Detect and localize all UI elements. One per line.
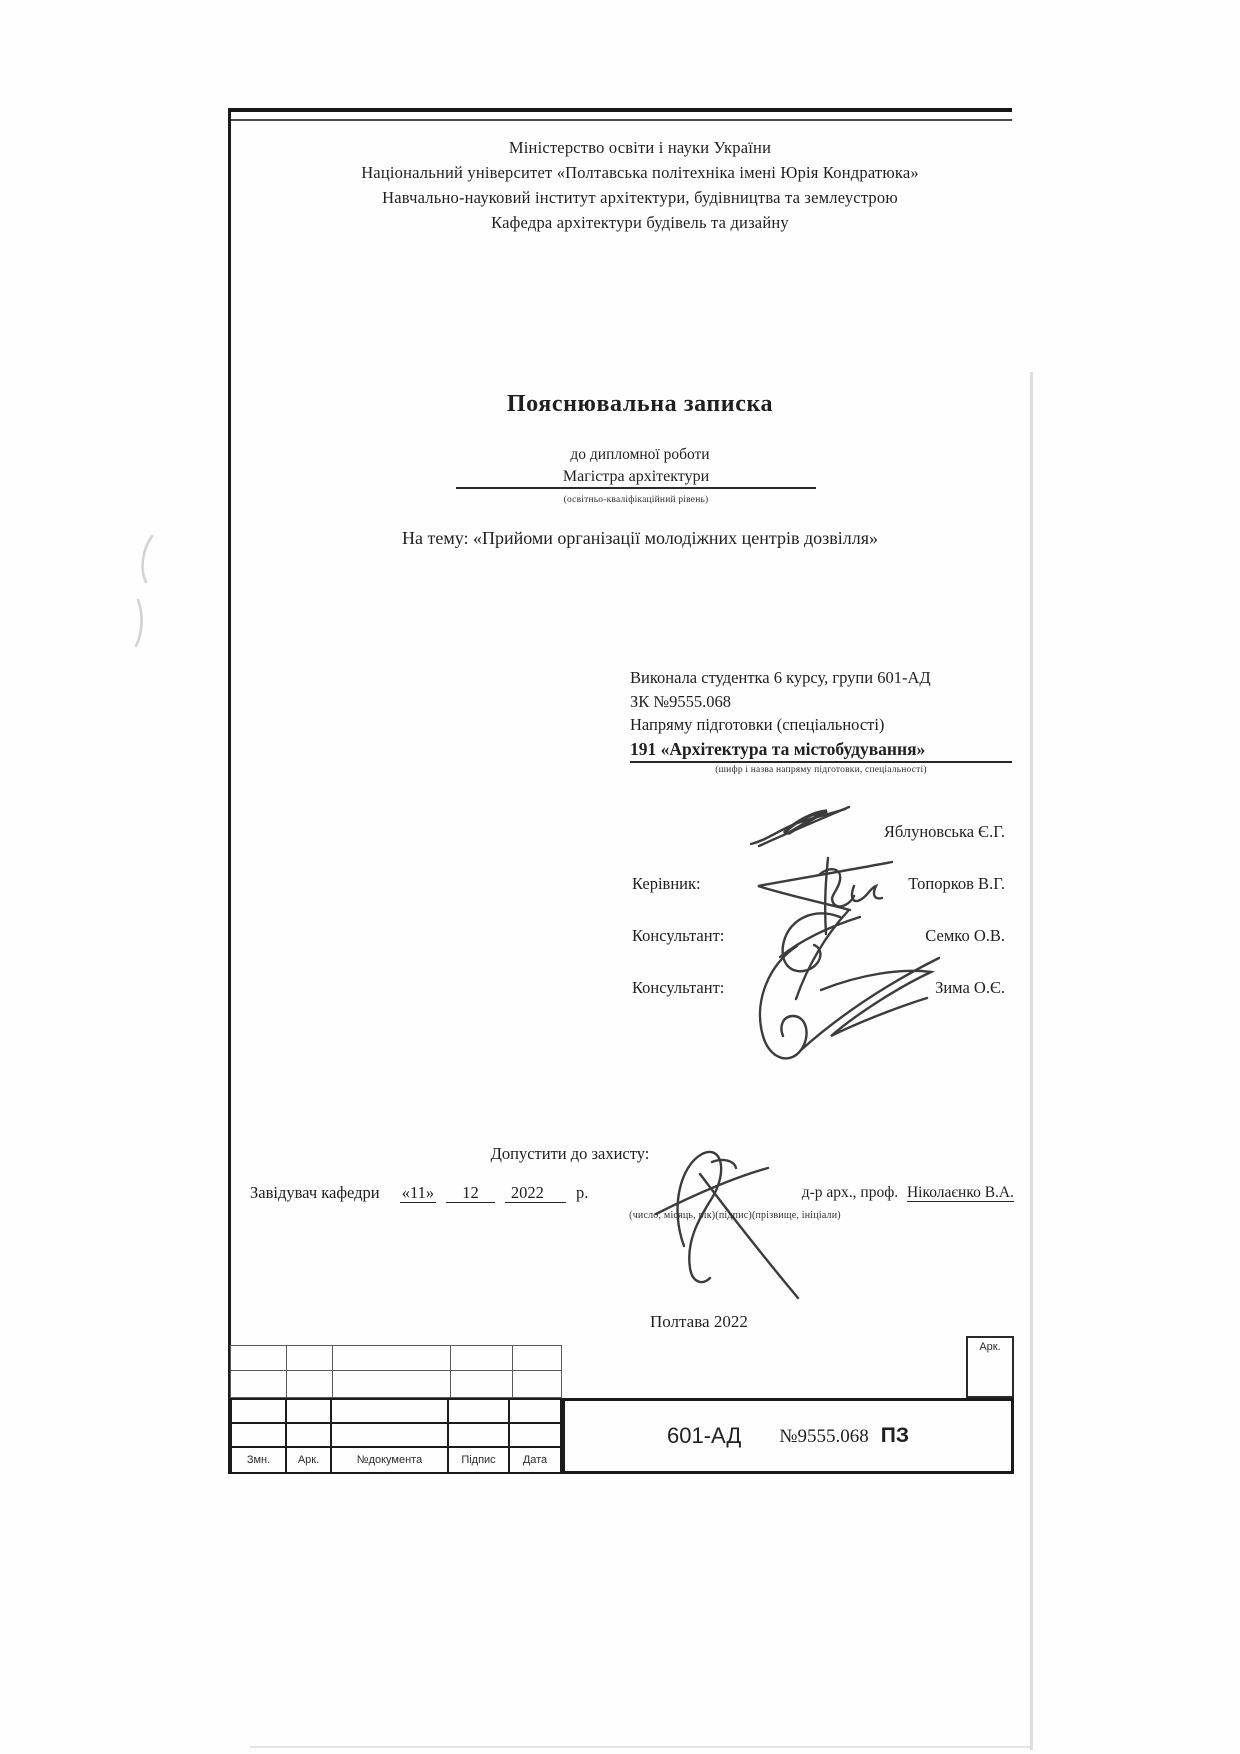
thesis-theme: На тему: «Прийоми організації молодіжних… <box>250 528 1030 549</box>
pencil-mark <box>130 530 160 650</box>
approver-title: д-р арх., проф. <box>802 1184 898 1201</box>
scanned-title-page: Міністерство освіти і науки України Наці… <box>0 0 1240 1754</box>
admission-year: 2022 <box>505 1183 566 1203</box>
document-subtitle: до дипломної роботи <box>250 446 1030 464</box>
city-year: Полтава 2022 <box>650 1312 748 1332</box>
signer-name-consultant1: Семко О.В. <box>845 926 1005 946</box>
sheet-label: Арк. <box>979 1341 1000 1396</box>
header-institute: Навчально-науковий інститут архітектури,… <box>250 185 1030 210</box>
student-line: Виконала студентка 6 курсу, групи 601-АД <box>630 666 1012 690</box>
group-code: 601-АД <box>667 1423 741 1449</box>
specialty-code: 191 «Архітектура та містобудування» <box>630 739 1012 763</box>
stamp-col-signature: Підпис <box>449 1448 510 1472</box>
consultant2-signature <box>735 928 950 1078</box>
student-signature <box>745 800 860 850</box>
degree-block: Магістра архітектури (освітньо-кваліфіка… <box>456 468 816 507</box>
frame-left-line <box>228 108 231 1474</box>
header-ministry: Міністерство освіти і науки України <box>250 135 1030 160</box>
header-department: Кафедра архітектури будівель та дизайну <box>250 210 1030 235</box>
degree-caption: (освітньо-кваліфікаційний рівень) <box>564 495 709 505</box>
scan-bottom-shadow <box>250 1746 1030 1748</box>
university-header: Міністерство освіти і науки України Наці… <box>250 135 1030 235</box>
student-info-block: Виконала студентка 6 курсу, групи 601-АД… <box>630 666 1012 775</box>
student-record-number: ЗК №9555.068 <box>630 690 1012 714</box>
admission-year-suffix: р. <box>576 1183 588 1202</box>
admission-line: Завідувач кафедри «11» 12 2022 р. <box>250 1183 588 1203</box>
signer-name-student: Яблуновська Є.Г. <box>845 822 1005 842</box>
document-suffix: ПЗ <box>881 1424 909 1447</box>
header-university: Національний університет «Полтавська пол… <box>250 160 1030 185</box>
signer-role-consultant2: Консультант: <box>632 978 724 998</box>
admission-caption: (число, місяць, рік)(підпис)(прізвище, і… <box>520 1210 950 1221</box>
approver-line: д-р арх., проф. Ніколаєнко В.А. <box>788 1184 1014 1202</box>
stamp-col-date: Дата <box>510 1448 560 1472</box>
signer-name-supervisor: Топорков В.Г. <box>845 874 1005 894</box>
specialty-intro: Напряму підготовки (спеціальності) <box>630 713 1012 737</box>
signer-name-consultant2: Зима О.Є. <box>845 978 1005 998</box>
degree-level: Магістра архітектури <box>456 468 816 489</box>
stamp-lower-grid: Змн. Арк. №документа Підпис Дата <box>230 1398 562 1474</box>
document-title: Пояснювальна записка <box>250 391 1030 418</box>
stamp-upper-grid <box>230 1345 562 1398</box>
stamp-col-docnum: №документа <box>332 1448 449 1472</box>
specialty-caption: (шифр і назва напряму підготовки, спеціа… <box>630 765 1012 775</box>
scan-edge-shadow <box>1030 372 1033 1750</box>
approver-name: Ніколаєнко В.А. <box>907 1184 1014 1202</box>
stamp-col-ark: Арк. <box>287 1448 332 1472</box>
frame-top-thin-line <box>228 119 1012 121</box>
sheet-number-box: Арк. <box>966 1336 1014 1398</box>
admission-prefix: Завідувач кафедри <box>250 1183 380 1202</box>
admission-month: 12 <box>446 1183 495 1203</box>
stamp-document-code-cell: 601-АД №9555.068 ПЗ <box>562 1398 1014 1474</box>
admission-day: «11» <box>400 1183 436 1203</box>
signer-role-consultant1: Консультант: <box>632 926 724 946</box>
signer-role-supervisor: Керівник: <box>632 874 701 894</box>
frame-top-line <box>228 108 1012 112</box>
stamp-col-zmn: Змн. <box>232 1448 287 1472</box>
admission-heading: Допустити до захисту: <box>230 1144 910 1164</box>
document-number: №9555.068 <box>779 1426 868 1447</box>
